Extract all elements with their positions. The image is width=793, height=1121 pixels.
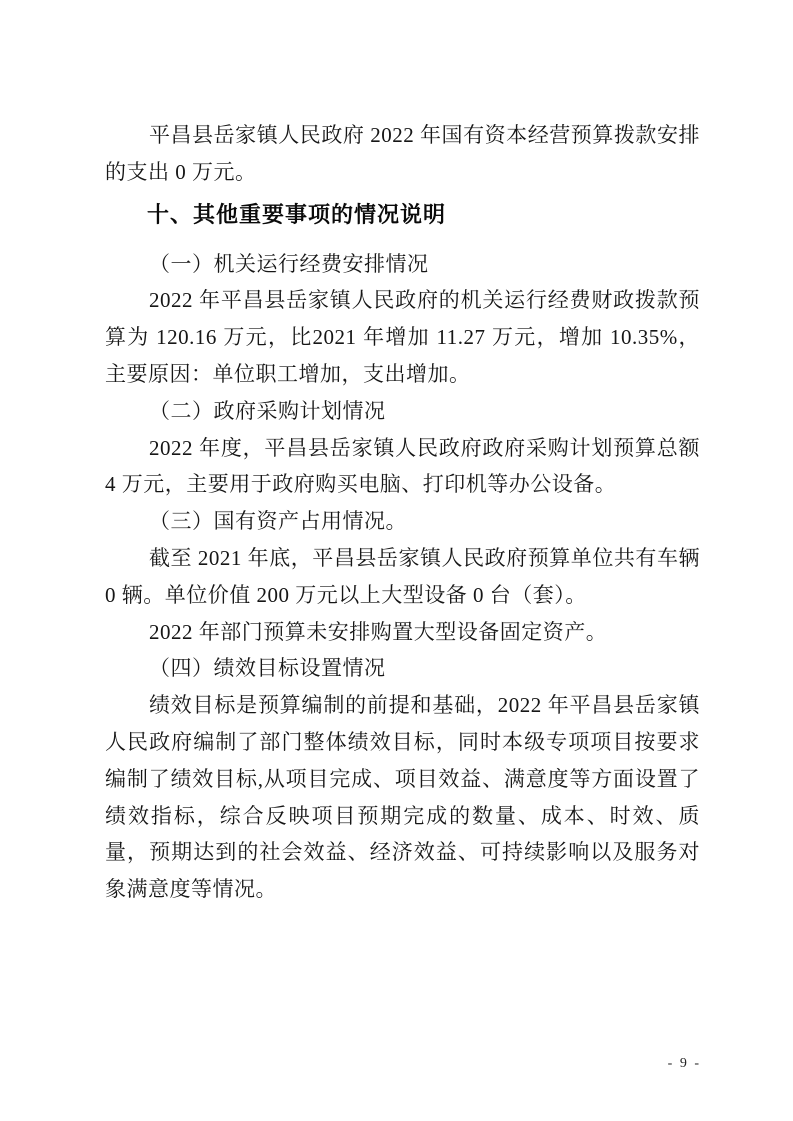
subheading-performance-targets: （四）绩效目标设置情况: [105, 650, 700, 687]
paragraph-operating-expenses-detail: 2022 年平昌县岳家镇人民政府的机关运行经费财政拨款预算为 120.16 万元…: [105, 282, 700, 392]
paragraph-no-large-equipment-purchase: 2022 年部门预算未安排购置大型设备固定资产。: [105, 614, 700, 651]
document-body: 平昌县岳家镇人民政府 2022 年国有资本经营预算拨款安排的支出 0 万元。 十…: [105, 117, 700, 908]
page-number: - 9 -: [668, 1056, 701, 1072]
document-page: 平昌县岳家镇人民政府 2022 年国有资本经营预算拨款安排的支出 0 万元。 十…: [0, 0, 793, 1121]
section-heading-other-important-matters: 十、其他重要事项的情况说明: [105, 196, 700, 233]
paragraph-procurement-detail: 2022 年度，平昌县岳家镇人民政府政府采购计划预算总额 4 万元，主要用于政府…: [105, 430, 700, 504]
subheading-agency-operating-expenses: （一）机关运行经费安排情况: [105, 246, 700, 283]
subheading-government-procurement-plan: （二）政府采购计划情况: [105, 393, 700, 430]
paragraph-state-capital-budget: 平昌县岳家镇人民政府 2022 年国有资本经营预算拨款安排的支出 0 万元。: [105, 117, 700, 191]
subheading-state-assets-occupancy: （三）国有资产占用情况。: [105, 503, 700, 540]
paragraph-performance-targets-detail: 绩效目标是预算编制的前提和基础，2022 年平昌县岳家镇人民政府编制了部门整体绩…: [105, 687, 700, 908]
paragraph-assets-vehicles-equipment: 截至 2021 年底，平昌县岳家镇人民政府预算单位共有车辆 0 辆。单位价值 2…: [105, 540, 700, 614]
